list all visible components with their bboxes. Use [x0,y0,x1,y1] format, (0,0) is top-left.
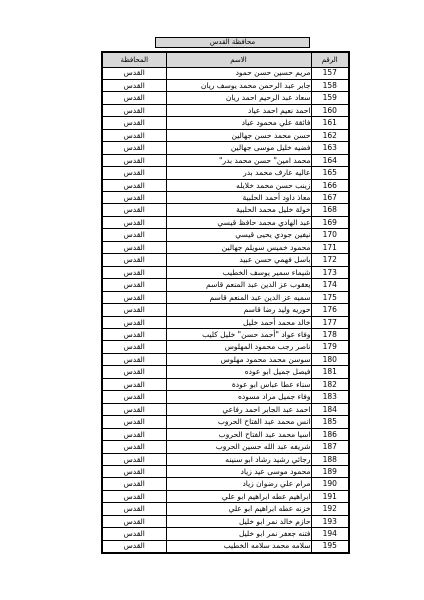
table-row: 183وفاء جميل مراد مسودهالقدس [102,391,349,403]
row-governorate-cell: القدس [102,117,166,129]
row-name-cell: مرام علي رضوان زياد [166,478,311,490]
row-number-cell: 182 [311,378,349,390]
table-row: 160احمد نعيم احمد عيادالقدس [102,104,349,116]
row-number-cell: 159 [311,92,349,104]
row-governorate-cell: القدس [102,453,166,465]
row-governorate-cell: القدس [102,291,166,303]
row-name-cell: رجائي رشيد رشاد ابو سنينه [166,453,311,465]
row-name-cell: وفاء جميل مراد مسوده [166,391,311,403]
row-governorate-cell: القدس [102,378,166,390]
row-name-cell: سوسن محمد محمود مهلوس [166,353,311,365]
row-number-cell: 187 [311,441,349,453]
row-governorate-cell: القدس [102,279,166,291]
row-governorate-cell: القدس [102,142,166,154]
table-row: 182سناء عطا عباس ابو عودةالقدس [102,378,349,390]
row-name-cell: فيصل جميل ابو عوده [166,366,311,378]
row-name-cell: مريم حسين حسن حمود [166,67,311,79]
row-name-cell: نيفين جودي يحيى قيسي [166,229,311,241]
table-row: 189محمود موسى عيد زيادالقدس [102,466,349,478]
row-governorate-cell: القدس [102,304,166,316]
row-name-cell: ناصر رجب محمود المهلوس [166,341,311,353]
row-number-cell: 173 [311,266,349,278]
table-title: محافظة القدس [210,39,255,46]
row-governorate-cell: القدس [102,192,166,204]
row-governorate-cell: القدس [102,391,166,403]
document-page: محافظة القدس الرقم الاسم المحافظة 157مري… [0,0,424,600]
table-row: 192خزنه عطه ابراهيم ابو عليالقدس [102,503,349,515]
row-name-cell: عاليه عارف محمد بدر [166,167,311,179]
row-number-cell: 174 [311,279,349,291]
row-governorate-cell: القدس [102,167,166,179]
table-row: 157مريم حسين حسن حمودالقدس [102,67,349,79]
table-row: 163فضيه خليل موسى جهالينالقدس [102,142,349,154]
row-governorate-cell: القدس [102,366,166,378]
row-governorate-cell: القدس [102,104,166,116]
row-governorate-cell: القدس [102,316,166,328]
table-row: 186اسيا محمد عبد الفتاح الحروبالقدس [102,428,349,440]
row-number-cell: 188 [311,453,349,465]
row-governorate-cell: القدس [102,229,166,241]
table-row: 191ابراهيم عطه ابراهيم ابو عليالقدس [102,490,349,502]
row-number-cell: 163 [311,142,349,154]
table-row: 166زينب حسن محمد خلايلهالقدس [102,179,349,191]
row-number-cell: 167 [311,192,349,204]
row-number-cell: 170 [311,229,349,241]
row-name-cell: احمد عبد الجابر احمد رفاعي [166,403,311,415]
row-number-cell: 189 [311,466,349,478]
row-governorate-cell: القدس [102,403,166,415]
row-governorate-cell: القدس [102,503,166,515]
row-governorate-cell: القدس [102,216,166,228]
table-row: 188رجائي رشيد رشاد ابو سنينهالقدس [102,453,349,465]
row-number-cell: 176 [311,304,349,316]
column-header-name: الاسم [166,52,311,67]
column-header-number: الرقم [311,52,349,67]
table-row: 173شيماء سمير يوسف الخطيبالقدس [102,266,349,278]
row-governorate-cell: القدس [102,329,166,341]
row-number-cell: 181 [311,366,349,378]
row-name-cell: حازم خالد نمر ابو خليل [166,515,311,527]
row-name-cell: سناء عطا عباس ابو عودة [166,378,311,390]
table-row: 190مرام علي رضوان زيادالقدس [102,478,349,490]
table-row: 165عاليه عارف محمد بدرالقدس [102,167,349,179]
row-governorate-cell: القدس [102,515,166,527]
row-name-cell: فتنه جعفر نمر ابو خليل [166,528,311,540]
row-governorate-cell: القدس [102,241,166,253]
row-name-cell: احمد نعيم احمد عياد [166,104,311,116]
row-name-cell: خولة خليل محمد الحلبية [166,204,311,216]
table-header-row: الرقم الاسم المحافظة [102,52,349,67]
row-name-cell: باسل فهمي حسن عبيد [166,254,311,266]
row-name-cell: حوريه وليد رضا قاسم [166,304,311,316]
row-governorate-cell: القدس [102,353,166,365]
row-number-cell: 172 [311,254,349,266]
row-name-cell: سميه عز الدين عبد المنعم قاسم [166,291,311,303]
column-header-governorate: المحافظة [102,52,166,67]
table-row: 184احمد عبد الجابر احمد رفاعيالقدس [102,403,349,415]
row-name-cell: محمد امين" حسن محمد بدر" [166,154,311,166]
table-row: 194فتنه جعفر نمر ابو خليلالقدس [102,528,349,540]
row-number-cell: 192 [311,503,349,515]
row-governorate-cell: القدس [102,441,166,453]
row-number-cell: 186 [311,428,349,440]
row-name-cell: وفاء عواد "أحمد حسن" خليل كليب [166,329,311,341]
row-number-cell: 175 [311,291,349,303]
row-governorate-cell: القدس [102,416,166,428]
table-row: 170نيفين جودي يحيى قيسيالقدس [102,229,349,241]
row-name-cell: اسيا محمد عبد الفتاح الحروب [166,428,311,440]
table-row: 158جابر عبد الرحمن محمد يوسف ريانالقدس [102,79,349,91]
table-row: 178وفاء عواد "أحمد حسن" خليل كليبالقدس [102,329,349,341]
row-name-cell: يعقوب عز الدين عبد المنعم قاسم [166,279,311,291]
row-name-cell: حسن محمد حسن جهالين [166,129,311,141]
row-governorate-cell: القدس [102,490,166,502]
row-governorate-cell: القدس [102,179,166,191]
row-number-cell: 193 [311,515,349,527]
row-number-cell: 190 [311,478,349,490]
table-row: 167معاذ داود أحمد الحلبيةالقدس [102,192,349,204]
row-number-cell: 180 [311,353,349,365]
table-row: 176حوريه وليد رضا قاسمالقدس [102,304,349,316]
row-number-cell: 162 [311,129,349,141]
row-number-cell: 185 [311,416,349,428]
row-name-cell: ابراهيم عطه ابراهيم ابو علي [166,490,311,502]
row-governorate-cell: القدس [102,254,166,266]
row-number-cell: 160 [311,104,349,116]
table-row: 175سميه عز الدين عبد المنعم قاسمالقدس [102,291,349,303]
row-number-cell: 164 [311,154,349,166]
row-governorate-cell: القدس [102,67,166,79]
table-row: 185انس محمد عبد الفتاح الحروبالقدس [102,416,349,428]
row-number-cell: 171 [311,241,349,253]
table-row: 187شريفه عبد الله حسين الحروبالقدس [102,441,349,453]
table-row: 162حسن محمد حسن جهالينالقدس [102,129,349,141]
names-table: الرقم الاسم المحافظة 157مريم حسين حسن حم… [101,51,350,554]
row-name-cell: معاذ داود أحمد الحلبية [166,192,311,204]
table-row: 180سوسن محمد محمود مهلوسالقدس [102,353,349,365]
row-number-cell: 191 [311,490,349,502]
row-governorate-cell: القدس [102,129,166,141]
row-number-cell: 194 [311,528,349,540]
table-row: 181فيصل جميل ابو عودهالقدس [102,366,349,378]
row-name-cell: شريفه عبد الله حسين الحروب [166,441,311,453]
table-row: 164محمد امين" حسن محمد بدر"القدس [102,154,349,166]
table-row: 174يعقوب عز الدين عبد المنعم قاسمالقدس [102,279,349,291]
row-number-cell: 195 [311,540,349,552]
table-row: 193حازم خالد نمر ابو خليلالقدس [102,515,349,527]
row-number-cell: 169 [311,216,349,228]
row-number-cell: 168 [311,204,349,216]
row-name-cell: محمود خميس سويلم جهالين [166,241,311,253]
row-governorate-cell: القدس [102,204,166,216]
row-name-cell: سعاد عبد الرحيم احمد ريان [166,92,311,104]
table-row: 168خولة خليل محمد الحلبيةالقدس [102,204,349,216]
row-governorate-cell: القدس [102,79,166,91]
row-governorate-cell: القدس [102,528,166,540]
table-row: 177خالد محمد أحمد خليلالقدس [102,316,349,328]
row-name-cell: عبد الهادي محمد حافظ قيسي [166,216,311,228]
row-governorate-cell: القدس [102,478,166,490]
row-governorate-cell: القدس [102,428,166,440]
row-name-cell: فضيه خليل موسى جهالين [166,142,311,154]
row-number-cell: 157 [311,67,349,79]
row-name-cell: محمود موسى عيد زياد [166,466,311,478]
row-name-cell: انس محمد عبد الفتاح الحروب [166,416,311,428]
row-governorate-cell: القدس [102,466,166,478]
table-row: 159سعاد عبد الرحيم احمد ريانالقدس [102,92,349,104]
row-name-cell: جابر عبد الرحمن محمد يوسف ريان [166,79,311,91]
row-name-cell: سلامه محمد سلامه الخطيب [166,540,311,552]
row-governorate-cell: القدس [102,266,166,278]
row-number-cell: 184 [311,403,349,415]
row-governorate-cell: القدس [102,92,166,104]
table-row: 161فائقة علي محمود عيادالقدس [102,117,349,129]
table-row: 179ناصر رجب محمود المهلوسالقدس [102,341,349,353]
row-governorate-cell: القدس [102,341,166,353]
row-name-cell: زينب حسن محمد خلايله [166,179,311,191]
table-row: 171محمود خميس سويلم جهالينالقدس [102,241,349,253]
table-title-cell: محافظة القدس [155,37,310,48]
table-row: 169عبد الهادي محمد حافظ قيسيالقدس [102,216,349,228]
row-number-cell: 165 [311,167,349,179]
row-name-cell: خالد محمد أحمد خليل [166,316,311,328]
table-row: 195سلامه محمد سلامه الخطيبالقدس [102,540,349,552]
row-number-cell: 161 [311,117,349,129]
row-number-cell: 178 [311,329,349,341]
table-body: 157مريم حسين حسن حمودالقدس158جابر عبد ال… [102,67,349,553]
row-number-cell: 179 [311,341,349,353]
row-number-cell: 183 [311,391,349,403]
row-number-cell: 166 [311,179,349,191]
row-name-cell: شيماء سمير يوسف الخطيب [166,266,311,278]
row-governorate-cell: القدس [102,154,166,166]
row-name-cell: فائقة علي محمود عياد [166,117,311,129]
row-governorate-cell: القدس [102,540,166,552]
row-number-cell: 158 [311,79,349,91]
table-row: 172باسل فهمي حسن عبيدالقدس [102,254,349,266]
row-name-cell: خزنه عطه ابراهيم ابو علي [166,503,311,515]
row-number-cell: 177 [311,316,349,328]
